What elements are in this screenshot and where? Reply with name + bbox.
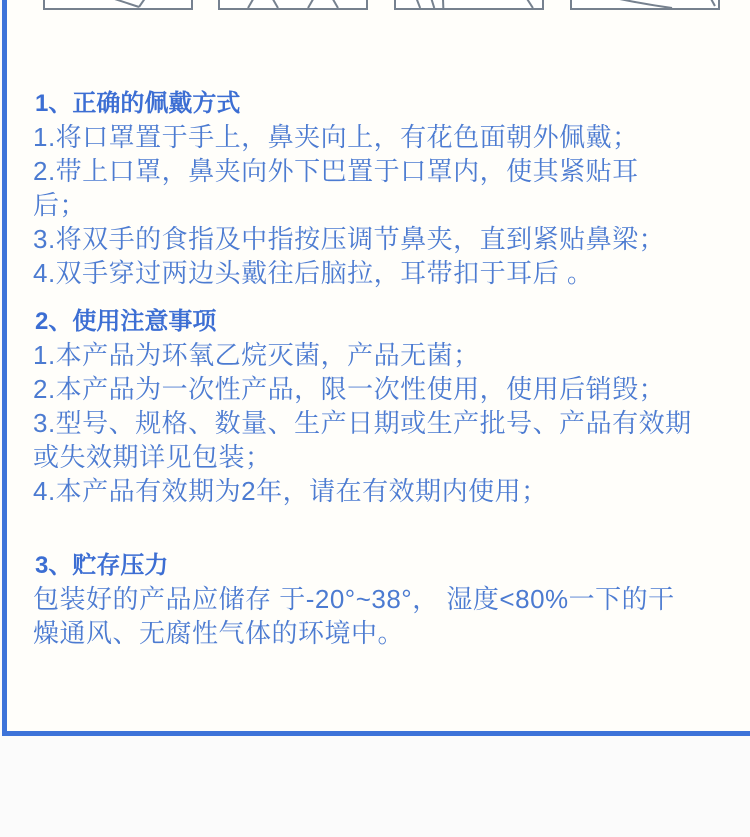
instruction-section-2: 2、使用注意事项1.本产品为环氧乙烷灭菌，产品无菌；2.本产品为一次性产品，限一… bbox=[33, 306, 750, 508]
instruction-panel: 1、正确的佩戴方式1.将口罩置于手上，鼻夹向上，有花色面朝外佩戴；2.带上口罩，… bbox=[2, 0, 750, 736]
section-text-line: 3.将双手的食指及中指按压调节鼻夹，直到紧贴鼻梁； bbox=[33, 222, 750, 256]
section-text-line: 1.本产品为环氧乙烷灭菌，产品无菌； bbox=[33, 338, 750, 372]
section-heading: 1、正确的佩戴方式 bbox=[33, 88, 750, 120]
section-text-line: 4.本产品有效期为2年，请在有效期内使用； bbox=[33, 474, 750, 508]
section-text-line: 后； bbox=[33, 188, 750, 222]
section-text-line: 燥通风、无腐性气体的环境中。 bbox=[33, 616, 750, 650]
section-text-line: 4.双手穿过两边头戴往后脑拉，耳带扣于耳后 。 bbox=[33, 256, 750, 290]
section-text-line: 或失效期详见包装； bbox=[33, 440, 750, 474]
instruction-section-3: 3、贮存压力包装好的产品应储存 于-20°~38°， 湿度<80%一下的干燥通风… bbox=[33, 550, 750, 650]
instruction-section-1: 1、正确的佩戴方式1.将口罩置于手上，鼻夹向上，有花色面朝外佩戴；2.带上口罩，… bbox=[33, 88, 750, 290]
section-text-line: 3.型号、规格、数量、生产日期或生产批号、产品有效期 bbox=[33, 406, 750, 440]
section-text-line: 包装好的产品应储存 于-20°~38°， 湿度<80%一下的干 bbox=[33, 582, 750, 616]
section-text-line: 2.本产品为一次性产品，限一次性使用，使用后销毁； bbox=[33, 372, 750, 406]
section-text-line: 1.将口罩置于手上，鼻夹向上，有花色面朝外佩戴； bbox=[33, 120, 750, 154]
product-instruction-page: 1、正确的佩戴方式1.将口罩置于手上，鼻夹向上，有花色面朝外佩戴；2.带上口罩，… bbox=[0, 0, 750, 837]
section-heading: 3、贮存压力 bbox=[33, 550, 750, 582]
section-heading: 2、使用注意事项 bbox=[33, 306, 750, 338]
instruction-sections: 1、正确的佩戴方式1.将口罩置于手上，鼻夹向上，有花色面朝外佩戴；2.带上口罩，… bbox=[7, 0, 750, 650]
section-text-line: 2.带上口罩，鼻夹向外下巴置于口罩内，使其紧贴耳 bbox=[33, 154, 750, 188]
